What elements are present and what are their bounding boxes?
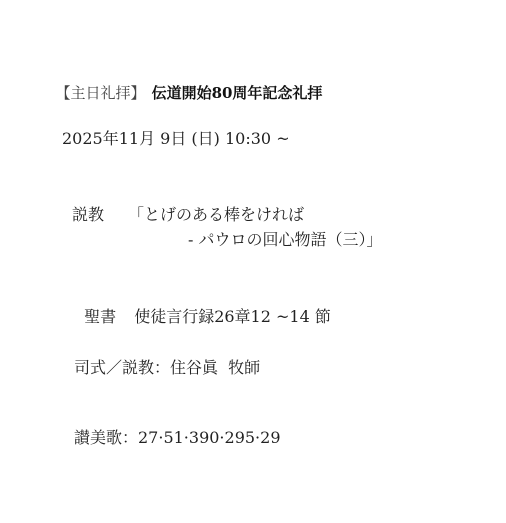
scripture-value: 使徒言行録26章12 ~14 節 [134, 307, 331, 326]
hymns: 讃美歌：27·51·390·295·29 [74, 425, 281, 448]
sermon-label: 説教 [72, 202, 104, 225]
service-type-tag: 【主日礼拝】 [56, 84, 146, 102]
service-date: 2025年11月 9日 (日) 10:30 ~ [62, 126, 290, 149]
service-title: 伝道開始80周年記念礼拝 [152, 84, 323, 102]
officiant: 司式／説教：住谷眞 牧師 [74, 355, 260, 378]
scripture: 聖書使徒言行録26章12 ~14 節 [74, 285, 331, 327]
scripture-label: 聖書 [84, 307, 116, 326]
sermon-title-line1: 「とげのある棒をければ [128, 202, 304, 225]
service-heading: 【主日礼拝】伝道開始80周年記念礼拝 [46, 64, 322, 103]
sermon-title-line2: - パウロの回心物語（三）」 [188, 227, 383, 250]
